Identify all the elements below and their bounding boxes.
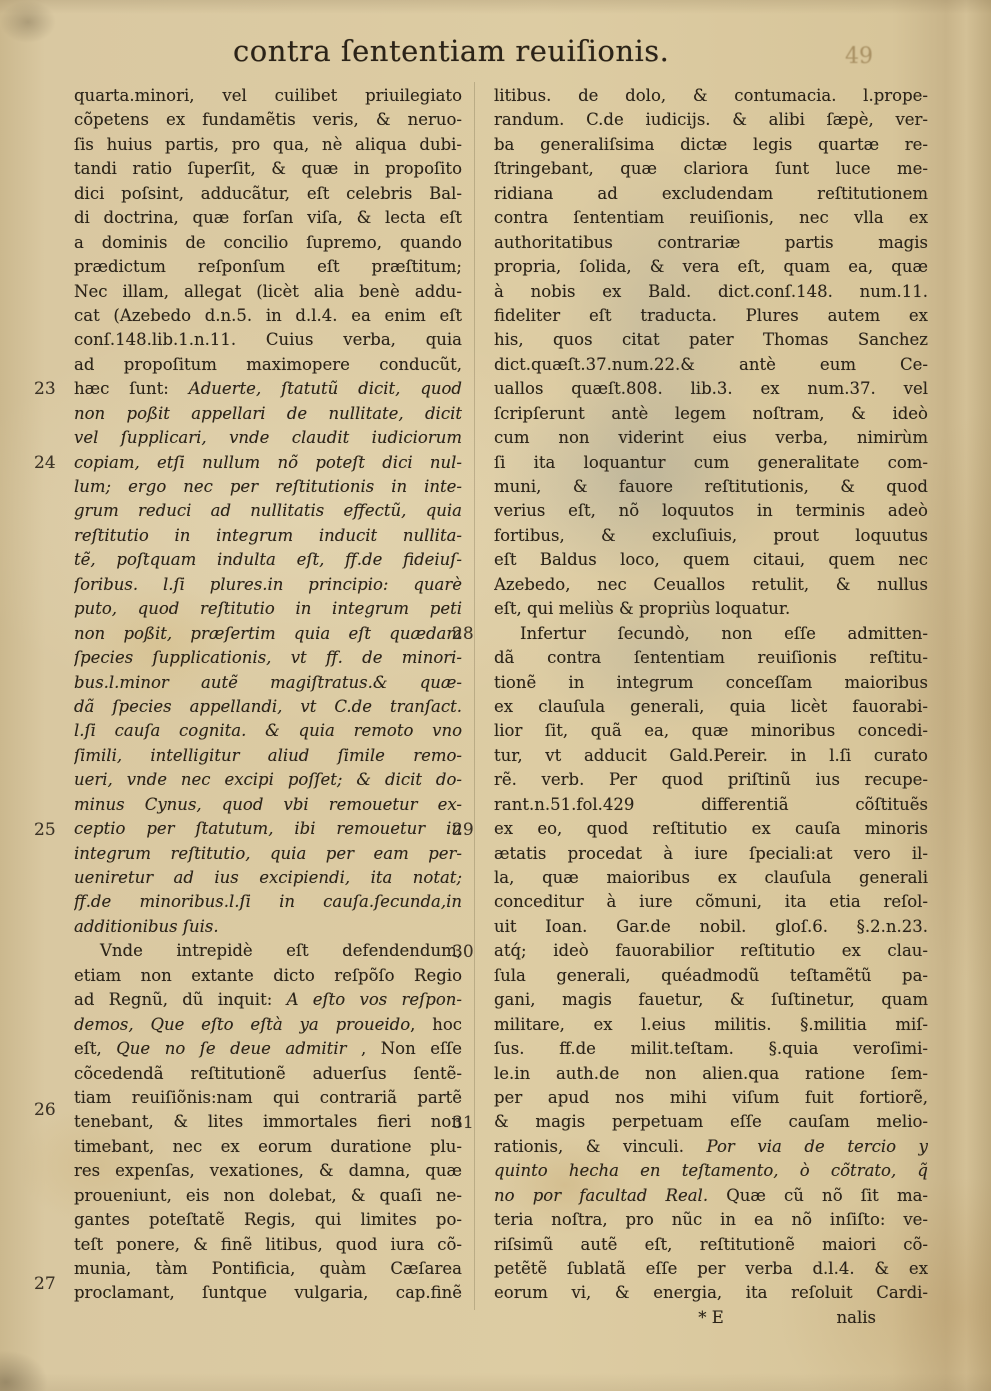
text-line: his, quos citat pater Thomas Sanchez	[494, 328, 928, 352]
text-line: tenebant, & lites immortales fieri non	[74, 1110, 462, 1134]
text-line: & magis perpetuam eſſe cauſam melio-	[494, 1110, 928, 1134]
text-line: ff.de minoribus.l.ſi in cauſa.ſecunda,in	[74, 890, 462, 914]
text-line: quarta.minori, vel cuilibet priuilegiato	[74, 84, 462, 108]
text-line: non poßit, præſertim quia eſt quædam	[74, 622, 462, 646]
text-column-right: litibus. de dolo, & contumacia. l.prope-…	[494, 84, 928, 1330]
text-line: ſula generali, quéadmodũ teſtamẽtũ pa-	[494, 964, 928, 988]
text-line: Azebedo, nec Ceuallos retulit, & nullus	[494, 573, 928, 597]
text-line: dã contra ſententiam reuiſionis reſtitu-	[494, 646, 928, 670]
text-line: rationis, & vinculi. Por via de tercio y	[494, 1135, 928, 1159]
text-line: minus Cynus, quod vbi remouetur ex-	[74, 793, 462, 817]
text-line: additionibus ſuis.	[74, 915, 462, 939]
book-page: contra ſententiam reuiſionis. 49 23 24 2…	[0, 0, 991, 1391]
text-line: proueniunt, eis non dolebat, & quaſi ne-	[74, 1184, 462, 1208]
text-line: Nec illam, allegat (licèt alia benè addu…	[74, 280, 462, 304]
text-line: ſcripſerunt antè legem noſtram, & ideò	[494, 402, 928, 426]
text-line: reſtitutio in integrum inducit nullita-	[74, 524, 462, 548]
text-line: cum non viderint eius verba, nimirùm	[494, 426, 928, 450]
text-line: eſt, qui meliùs & propriùs loquatur.	[494, 597, 928, 621]
text-line: tiam reuiſiõnis:nam qui contrariã partẽ	[74, 1086, 462, 1110]
text-line: Vnde intrepidè eſt defendendum,	[74, 939, 462, 963]
text-line: quinto hecha en teſtamento, ò cõtrato, q…	[494, 1159, 928, 1183]
text-column-left: quarta.minori, vel cuilibet priuilegiato…	[74, 84, 462, 1306]
text-line: ſi ita loquantur cum generalitate com-	[494, 451, 928, 475]
text-line: cõpetens ex fundamẽtis veris, & neruo-	[74, 108, 462, 132]
text-line: ſoribus. l.ſi plures.in principio: quarè	[74, 573, 462, 597]
text-line: di doctrina, quæ forſan viſa, & lecta eſ…	[74, 206, 462, 230]
text-line: copiam, etſi nullum nõ poteſt dici nul-	[74, 451, 462, 475]
text-line: a dominis de concilio ſupremo, quando	[74, 231, 462, 255]
text-line: cõcedendã reſtitutionẽ aduerſus ſentẽ-	[74, 1062, 462, 1086]
text-line: uit Ioan. Gar.de nobil. gloſ.6. §.2.n.23…	[494, 915, 928, 939]
text-line: propria, ſolida, & vera eſt, quam ea, qu…	[494, 255, 928, 279]
text-line: lum; ergo nec per reſtitutionis in inte-	[74, 475, 462, 499]
text-line: ſtringebant, quæ clariora ſunt luce me-	[494, 157, 928, 181]
text-line: etiam non extante dicto reſpõſo Regio	[74, 964, 462, 988]
text-line: ceptio per ſtatutum, ibi remouetur in	[74, 817, 462, 841]
text-line: fideliter eſt traducta. Plures autem ex	[494, 304, 928, 328]
text-line: lior ſit, quã ea, quæ minoribus concedi-	[494, 719, 928, 743]
text-line: ad Regnũ, dũ inquit: A eſto vos reſpon-	[74, 988, 462, 1012]
margin-number: 25	[34, 818, 56, 842]
text-line: prædictum reſponſum eſt præſtitum;	[74, 255, 462, 279]
text-line: rant.n.51.fol.429 differentiã cõſtituẽs	[494, 793, 928, 817]
text-line: hæc ſunt: Aduerte, ſtatutũ dicit, quod	[74, 377, 462, 401]
text-line: tionẽ in integrum conceſſam maioribus	[494, 671, 928, 695]
text-line: riſsimũ autẽ eſt, reſtitutionẽ maiori cõ…	[494, 1233, 928, 1257]
text-line: per apud nos mihi viſum fuit fortiorẽ,	[494, 1086, 928, 1110]
margin-number: 27	[34, 1272, 56, 1296]
text-line: tandi ratio ſuperſit, & quæ in propoſito	[74, 157, 462, 181]
text-line: eorum vi, & energia, ita reſoluit Cardi-	[494, 1281, 928, 1305]
margin-number: 23	[34, 377, 56, 401]
column-divider-rule	[474, 82, 475, 1310]
text-line: eſt Baldus loco, quem citaui, quem nec	[494, 548, 928, 572]
text-line: litibus. de dolo, & contumacia. l.prope-	[494, 84, 928, 108]
text-line: ſpecies ſupplicationis, vt ff. de minori…	[74, 646, 462, 670]
margin-number: 26	[34, 1098, 56, 1122]
text-line: proclamant, ſuntque vulgaria, cap.finẽ	[74, 1281, 462, 1305]
text-line: Infertur ſecundò, non eſſe admitten-	[494, 622, 928, 646]
text-line: ad propoſitum maximopere conducũt,	[74, 353, 462, 377]
text-line: ba generaliſsima dictæ legis quartæ re-	[494, 133, 928, 157]
text-line: integrum reſtitutio, quia per eam per-	[74, 842, 462, 866]
text-line: ſus. ff.de milit.teſtam. §.quia veroſimi…	[494, 1037, 928, 1061]
text-line: eſt, Que no ſe deue admitir , Non eſſe	[74, 1037, 462, 1061]
text-line: tur, vt adducit Gald.Pereir. in l.ſi cur…	[494, 744, 928, 768]
text-line: no por facultad Real. Quæ cũ nõ ſit ma-	[494, 1184, 928, 1208]
text-line: à nobis ex Bald. dict.conſ.148. num.11.	[494, 280, 928, 304]
text-line: ridiana ad excludendam reſtitutionem	[494, 182, 928, 206]
text-line: ex clauſula generali, quia licèt fauorab…	[494, 695, 928, 719]
text-line: ætatis procedat à iure ſpeciali:at vero …	[494, 842, 928, 866]
text-line: tẽ, poſtquam indulta eſt, ff.de fideiuſ-	[74, 548, 462, 572]
text-line: conceditur à iure cõmuni, ita etia reſol…	[494, 890, 928, 914]
text-line: dã ſpecies appellandi, vt C.de tranſact.	[74, 695, 462, 719]
text-line: dici poſsint, adducãtur, eſt celebris Ba…	[74, 182, 462, 206]
text-line: cat (Azebedo d.n.5. in d.l.4. ea enim eſ…	[74, 304, 462, 328]
text-line: non poßit appellari de nullitate, dicit	[74, 402, 462, 426]
page-number: 49	[845, 44, 873, 69]
text-line: puto, quod reſtitutio in integrum peti	[74, 597, 462, 621]
text-line: demos, Que eſto eſtà ya proueido, hoc	[74, 1013, 462, 1037]
margin-number: 24	[34, 451, 56, 475]
text-line: randum. C.de iudicijs. & alibi ſæpè, ver…	[494, 108, 928, 132]
text-line: fortibus, & excluſiuis, prout loquutus	[494, 524, 928, 548]
text-line: res expenſas, vexationes, & damna, quæ	[74, 1159, 462, 1183]
text-line: ſis huius partis, pro qua, nè aliqua dub…	[74, 133, 462, 157]
signature-mark: * E	[698, 1308, 724, 1327]
text-line: conſ.148.lib.1.n.11. Cuius verba, quia	[74, 328, 462, 352]
text-line: ſimili, intelligitur aliud ſimile remo-	[74, 744, 462, 768]
text-line: munia, tàm Pontificia, quàm Cæſarea	[74, 1257, 462, 1281]
text-line: teſt ponere, & finẽ litibus, quod iura c…	[74, 1233, 462, 1257]
text-line: ueri, vnde nec excipi poſſet; & dicit do…	[74, 768, 462, 792]
text-line: la, quæ maioribus ex clauſula generali	[494, 866, 928, 890]
text-line: contra ſententiam reuiſionis, nec vlla e…	[494, 206, 928, 230]
text-line: dict.quæſt.37.num.22.& antè eum Ce-	[494, 353, 928, 377]
text-line: rẽ. verb. Per quod priſtinũ ius recupe-	[494, 768, 928, 792]
text-line: ex eo, quod reſtitutio ex cauſa minoris	[494, 817, 928, 841]
text-line: vel ſupplicari, vnde claudit iudiciorum	[74, 426, 462, 450]
text-line: * Enalis	[494, 1306, 928, 1330]
text-line: petẽtẽ ſublatã eſſe per verba d.l.4. & e…	[494, 1257, 928, 1281]
text-line: uallos quæſt.808. lib.3. ex num.37. vel	[494, 377, 928, 401]
text-line: ueniretur ad ius excipiendi, ita notat;	[74, 866, 462, 890]
text-line: verius eſt, nõ loquutos in terminis adeò	[494, 499, 928, 523]
text-line: gani, magis fauetur, & ſuſtinetur, quam	[494, 988, 928, 1012]
text-line: le.in auth.de non alien.qua ratione ſem-	[494, 1062, 928, 1086]
text-line: authoritatibus contrariæ partis magis	[494, 231, 928, 255]
text-line: militare, ex l.eius militis. §.militia m…	[494, 1013, 928, 1037]
text-line: gantes poteſtatẽ Regis, qui limites po-	[74, 1208, 462, 1232]
text-line: teria noſtra, pro nũc in ea nõ inſiſto: …	[494, 1208, 928, 1232]
text-line: l.ſi cauſa cognita. & quia remoto vno	[74, 719, 462, 743]
text-line: grum reduci ad nullitatis effectũ, quia	[74, 499, 462, 523]
text-line: bus.l.minor autẽ magiſtratus.& quæ-	[74, 671, 462, 695]
text-line: atq́; ideò fauorabilior reſtitutio ex cl…	[494, 939, 928, 963]
text-line: timebant, nec ex eorum duratione plu-	[74, 1135, 462, 1159]
catchword: nalis	[837, 1306, 877, 1330]
running-title: contra ſententiam reuiſionis.	[233, 34, 669, 68]
text-line: muni, & fauore reſtitutionis, & quod	[494, 475, 928, 499]
